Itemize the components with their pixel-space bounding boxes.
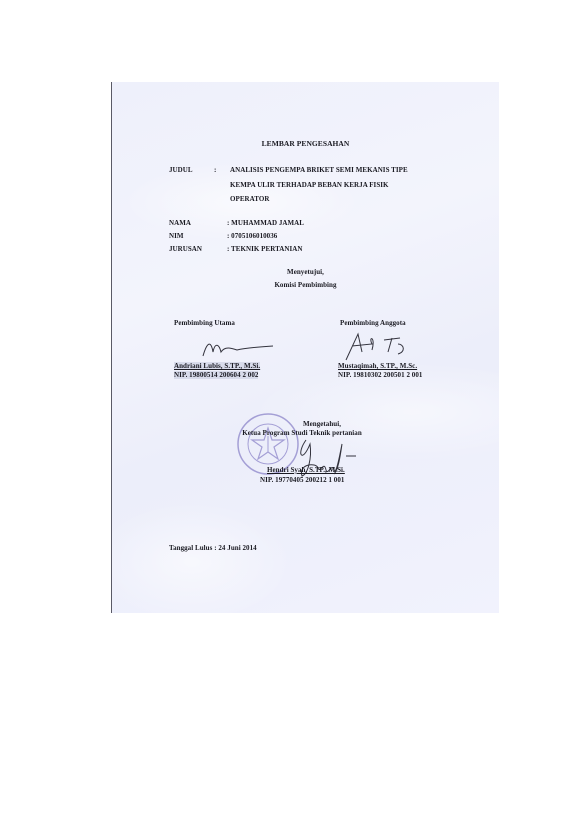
approval-line-2: Komisi Pembimbing [112, 281, 499, 289]
judul-line-3: OPERATOR [230, 195, 269, 203]
nim-label: NIM [169, 232, 184, 240]
signature-2 [342, 330, 412, 362]
supervisor-1-role: Pembimbing Utama [174, 319, 235, 327]
scanned-page: LEMBAR PENGESAHAN JUDUL : ANALISIS PENGE… [111, 82, 499, 613]
supervisor-1-nip: NIP. 19800514 200604 2 002 [174, 371, 258, 379]
graduation-date: Tanggal Lulus : 24 Juni 2014 [169, 544, 257, 552]
nama-label: NAMA [169, 219, 191, 227]
supervisor-2-nip: NIP. 19810302 200501 2 001 [338, 371, 422, 379]
judul-label: JUDUL [169, 166, 193, 174]
approval-line-1: Menyetujui, [112, 268, 499, 276]
page-title: LEMBAR PENGESAHAN [112, 139, 499, 148]
ack-name: Hendri Syah, S.TP., M.Si. [267, 466, 345, 474]
supervisor-2-role: Pembimbing Anggota [340, 319, 406, 327]
jurusan-label: JURUSAN [169, 245, 202, 253]
ack-line-1: Mengetahui, [172, 420, 472, 428]
judul-line-1: ANALISIS PENGEMPA BRIKET SEMI MEKANIS TI… [230, 166, 408, 174]
signature-1 [197, 334, 277, 362]
judul-separator: : [214, 166, 216, 174]
nama-value: : MUHAMMAD JAMAL [227, 219, 304, 227]
nim-value: : 0705106010036 [227, 232, 277, 240]
jurusan-value: : TEKNIK PERTANIAN [227, 245, 302, 253]
ack-nip: NIP. 19770405 200212 1 001 [260, 476, 344, 484]
supervisor-1-name: Andriani Lubis, S.TP., M.Si. [174, 362, 260, 370]
judul-line-2: KEMPA ULIR TERHADAP BEBAN KERJA FISIK [230, 181, 389, 189]
supervisor-2-name: Mustaqimah, S.TP., M.Sc. [338, 362, 417, 370]
